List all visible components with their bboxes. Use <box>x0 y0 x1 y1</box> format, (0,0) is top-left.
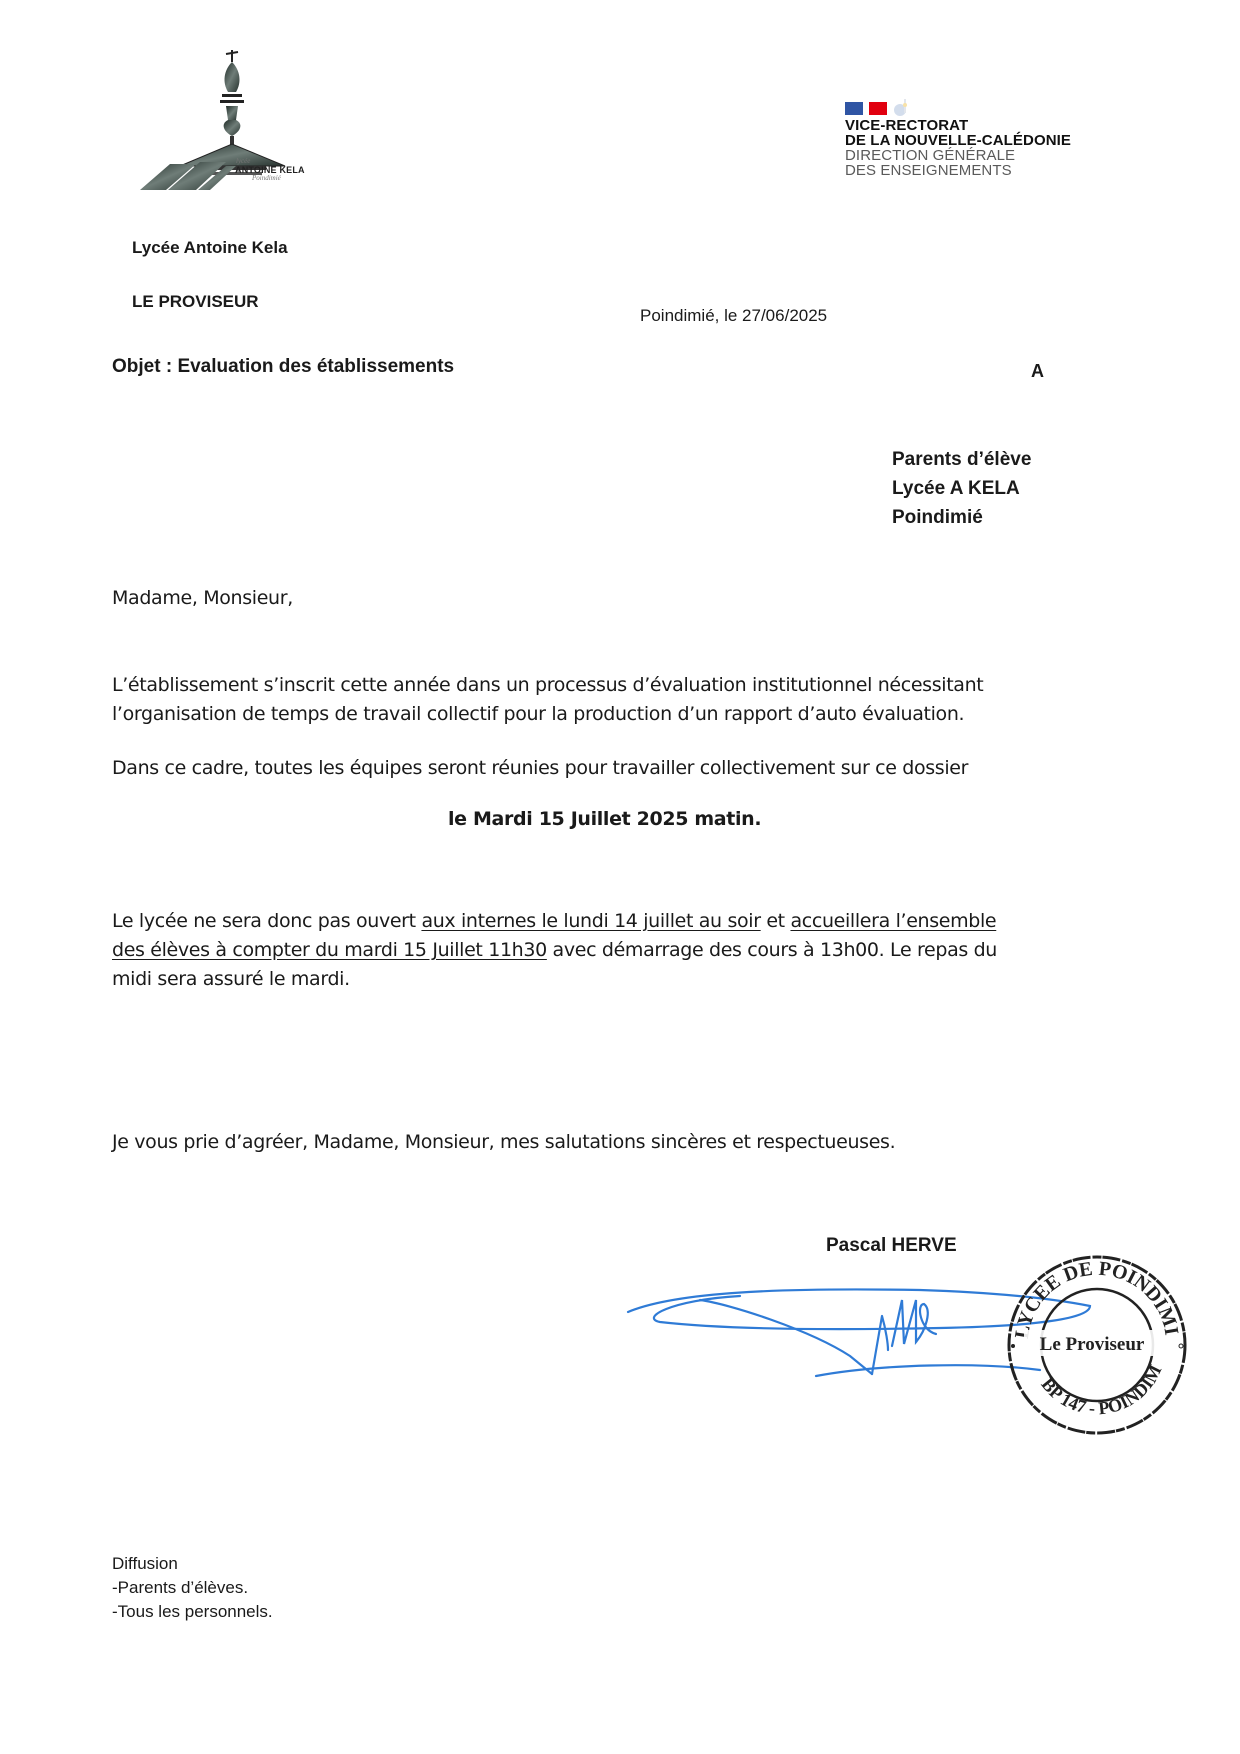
signatory-name: Pascal HERVE <box>826 1235 957 1257</box>
official-stamp-icon: LYCEE DE POINDIMIE BP 147 - POINDIMIE Le… <box>1000 1248 1190 1438</box>
salutation: Madame, Monsieur, <box>112 584 293 613</box>
gov-line-1: VICE-RECTORAT <box>845 118 1071 133</box>
paragraph-line: L’établissement s’inscrit cette année da… <box>112 671 1142 700</box>
place-date: Poindimié, le 27/06/2025 <box>640 306 827 326</box>
sender-school: Lycée Antoine Kela <box>132 238 288 258</box>
school-wordmark-small: lycée <box>236 157 250 165</box>
recipient-prefix: A <box>1031 361 1044 382</box>
recipient-line: Parents d’élève <box>892 445 1031 474</box>
paragraph-line: Le lycée ne sera donc pas ouvert aux int… <box>112 907 1162 936</box>
diffusion-item: -Parents d’élèves. <box>112 1576 273 1600</box>
sender-role: LE PROVISEUR <box>132 292 259 312</box>
paragraph-line: des élèves à compter du mardi 15 Juillet… <box>112 936 1162 965</box>
recipient-line: Poindimié <box>892 503 1031 532</box>
subject-line: Objet : Evaluation des établissements <box>112 356 454 378</box>
recipient-line: Lycée A KELA <box>892 474 1031 503</box>
gov-line-3: DIRECTION GÉNÉRALE <box>845 148 1071 163</box>
text-run: Le lycée ne sera donc pas ouvert <box>112 910 421 932</box>
government-letterhead: VICE-RECTORAT DE LA NOUVELLE-CALÉDONIE D… <box>845 98 1071 178</box>
recipient-block: Parents d’élève Lycée A KELA Poindimié <box>892 445 1031 532</box>
school-wordmark-sub: Poindimié <box>252 174 281 182</box>
school-emblem-icon <box>140 48 340 198</box>
gov-line-4: DES ENSEIGNEMENTS <box>845 163 1071 178</box>
paragraph-line: l’organisation de temps de travail colle… <box>112 700 1142 729</box>
flag-red-panel <box>869 102 887 115</box>
underlined-text: aux internes le lundi 14 juillet au soir <box>421 910 760 932</box>
flag-blue-panel <box>845 102 863 115</box>
diffusion-block: Diffusion -Parents d’élèves. -Tous les p… <box>112 1552 273 1624</box>
vice-rectorat-emblem-icon <box>893 99 909 117</box>
paragraph-1: L’établissement s’inscrit cette année da… <box>112 671 1142 729</box>
underlined-text: des élèves à compter du mardi 15 Juillet… <box>112 939 547 961</box>
text-run: avec démarrage des cours à 13h00. Le rep… <box>547 939 997 961</box>
paragraph-2: Dans ce cadre, toutes les équipes seront… <box>112 754 968 783</box>
paragraph-3: Le lycée ne sera donc pas ouvert aux int… <box>112 907 1162 994</box>
diffusion-title: Diffusion <box>112 1552 273 1576</box>
paragraph-line: midi sera assuré le mardi. <box>112 965 1162 994</box>
meeting-date-highlight: le Mardi 15 Juillet 2025 matin. <box>448 805 761 834</box>
underlined-text: accueillera l’ensemble <box>790 910 996 932</box>
stamp-top-arc: LYCEE DE POINDIMIE <box>1000 1248 1183 1340</box>
closing-formula: Je vous prie d’agréer, Madame, Monsieur,… <box>112 1128 895 1157</box>
diffusion-item: -Tous les personnels. <box>112 1600 273 1624</box>
school-logo: lycée ANTOINE KELA Poindimié <box>140 48 340 198</box>
french-republic-flag-icon <box>845 98 1071 118</box>
gov-line-2: DE LA NOUVELLE-CALÉDONIE <box>845 133 1071 148</box>
stamp-center-text: Le Proviseur <box>1040 1334 1145 1355</box>
text-run: et <box>761 910 791 932</box>
